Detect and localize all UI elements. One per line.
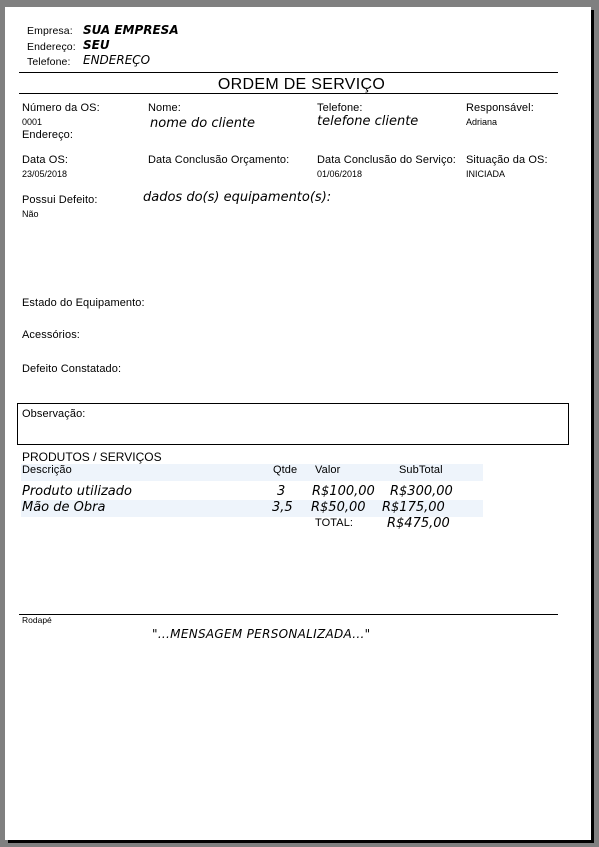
footer-label: Rodapé: [22, 615, 52, 625]
os-date-value: 23/05/2018: [22, 169, 67, 179]
company-phone-label: Telefone:: [27, 56, 71, 68]
company-label: Empresa:: [27, 25, 73, 37]
row-subtotal: R$300,00: [390, 484, 453, 499]
divider-top: [19, 72, 558, 73]
client-name-label: Nome:: [148, 102, 181, 114]
os-status-label: Situação da OS:: [466, 154, 548, 166]
observation-label: Observação:: [22, 408, 85, 420]
column-description: Descrição: [22, 464, 72, 476]
company-address-label: Endereço:: [27, 41, 76, 53]
column-value: Valor: [315, 464, 340, 476]
row-quantity: 3,5: [272, 500, 293, 515]
service-conclusion-date-value: 01/06/2018: [317, 169, 362, 179]
equipment-state-label: Estado do Equipamento:: [22, 297, 145, 309]
client-address-label: Endereço:: [22, 129, 73, 141]
total-label: TOTAL:: [315, 517, 353, 529]
column-subtotal: SubTotal: [399, 464, 443, 476]
footer-message: "...MENSAGEM PERSONALIZADA...": [152, 627, 370, 641]
row-description: Produto utilizado: [22, 484, 132, 499]
os-number-value: 0001: [22, 117, 42, 127]
row-description: Mão de Obra: [22, 500, 105, 515]
has-defect-label: Possui Defeito:: [22, 194, 97, 206]
client-phone-value: telefone cliente: [317, 114, 418, 129]
accessories-label: Acessórios:: [22, 329, 80, 341]
service-conclusion-date-label: Data Conclusão do Serviço:: [317, 154, 456, 166]
column-quantity: Qtde: [273, 464, 297, 476]
row-value: R$50,00: [311, 500, 366, 515]
total-value: R$475,00: [387, 516, 450, 531]
report-title: ORDEM DE SERVIÇO: [0, 76, 599, 94]
company-name: SUA EMPRESA: [83, 23, 179, 37]
os-date-label: Data OS:: [22, 154, 68, 166]
os-status-value: INICIADA: [466, 169, 505, 179]
divider-title: [19, 93, 558, 94]
defect-found-label: Defeito Constatado:: [22, 363, 121, 375]
divider-footer: [19, 614, 558, 615]
observation-box: [17, 403, 569, 445]
responsible-value: Adriana: [466, 117, 497, 127]
os-number-label: Número da OS:: [22, 102, 100, 114]
equipment-data-text: dados do(s) equipamento(s):: [143, 190, 331, 205]
client-phone-label: Telefone:: [317, 102, 363, 114]
budget-conclusion-date-label: Data Conclusão Orçamento:: [148, 154, 289, 166]
row-subtotal: R$175,00: [382, 500, 445, 515]
row-quantity: 3: [277, 484, 285, 499]
client-name-value: nome do cliente: [150, 116, 255, 131]
has-defect-value: Não: [22, 209, 39, 219]
products-section-title: PRODUTOS / SERVIÇOS: [22, 450, 162, 464]
company-address: SEU: [83, 38, 110, 52]
row-value: R$100,00: [312, 484, 375, 499]
responsible-label: Responsável:: [466, 102, 534, 114]
company-phone: ENDEREÇO: [83, 53, 150, 67]
